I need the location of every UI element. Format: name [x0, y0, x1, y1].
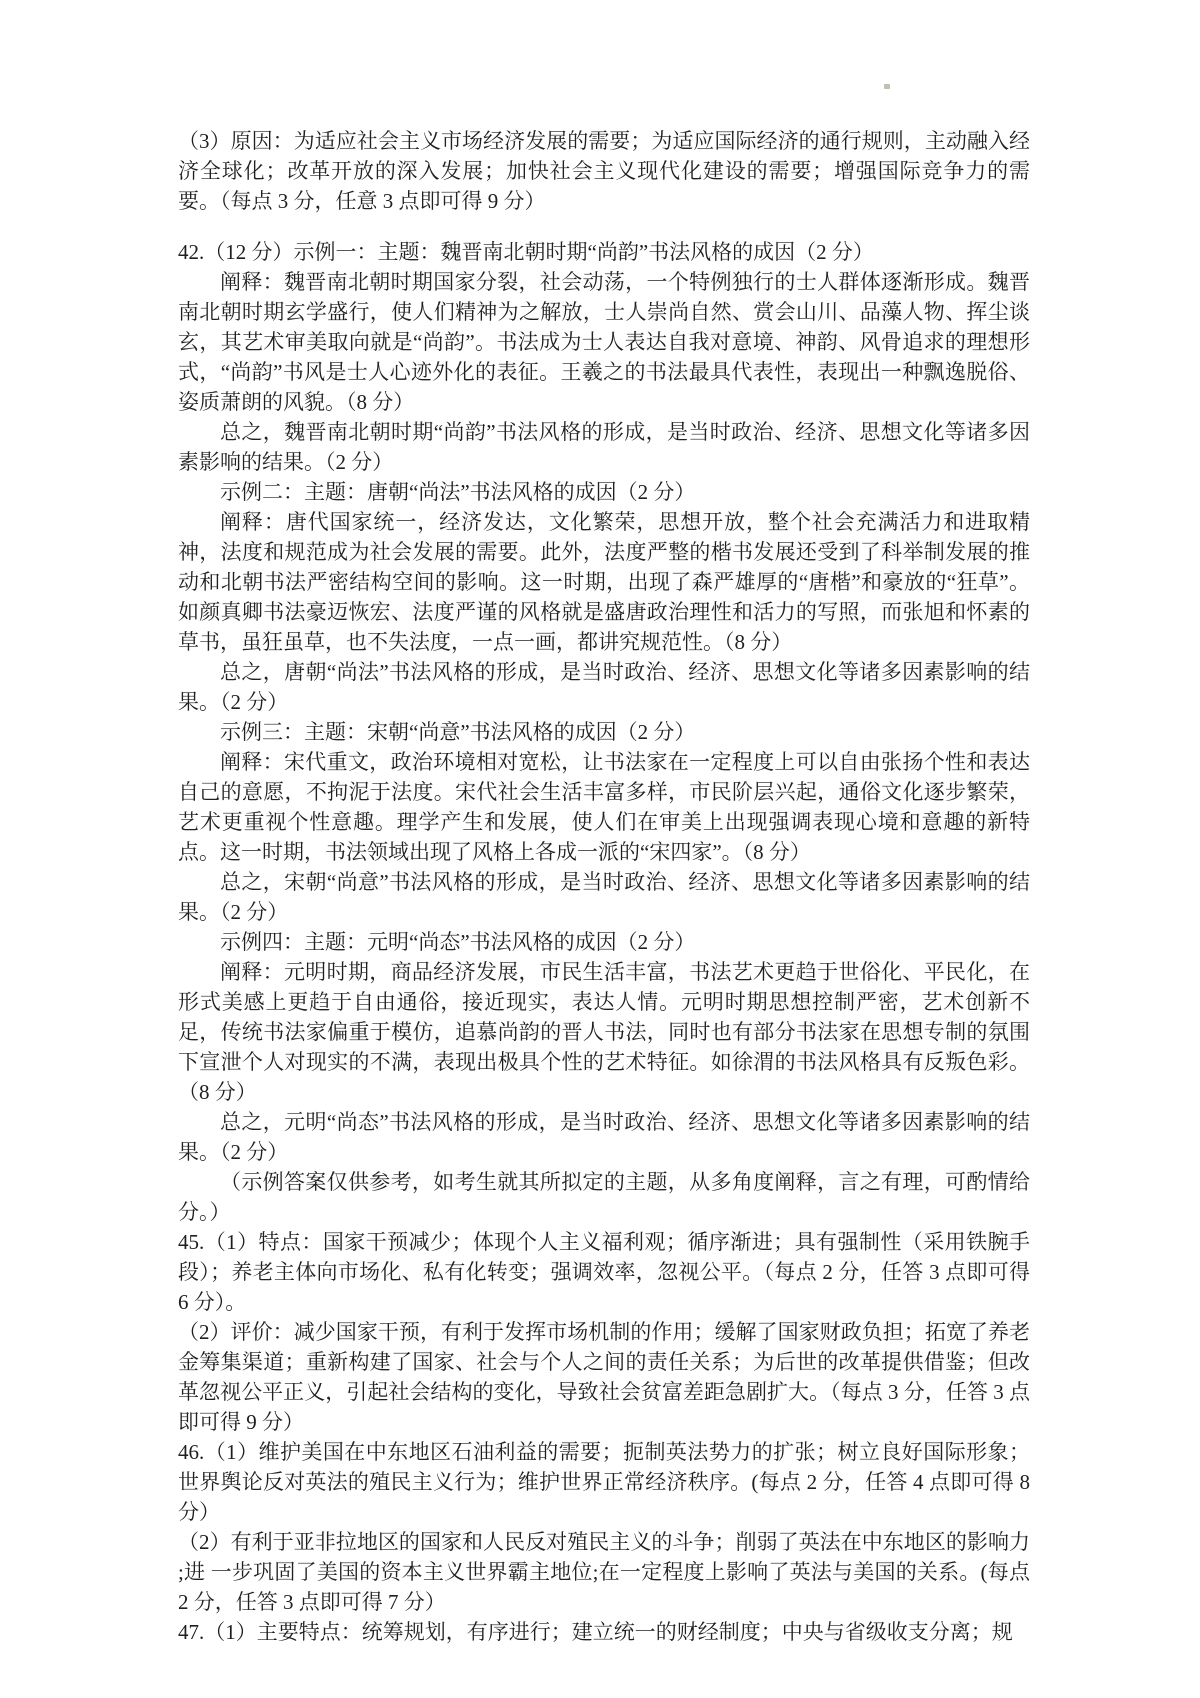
answer-42-example2-explanation: 阐释：唐代国家统一，经济发达，文化繁荣，思想开放，整个社会充满活力和进取精神，法…: [178, 507, 1030, 657]
answer-46-2-impacts: （2）有利于亚非拉地区的国家和人民反对殖民主义的斗争；削弱了英法在中东地区的影响…: [178, 1527, 1030, 1617]
answer-42-example1-title: 42.（12 分）示例一：主题：魏晋南北朝时期“尚韵”书法风格的成因（2 分）: [178, 237, 1030, 267]
answer-42-example3-conclusion: 总之，宋朝“尚意”书法风格的形成，是当时政治、经济、思想文化等诸多因素影响的结果…: [178, 867, 1030, 927]
answer-47-1-features: 47.（1）主要特点：统筹规划，有序进行；建立统一的财经制度；中央与省级收支分离…: [178, 1617, 1030, 1647]
answer-42-example3-explanation: 阐释：宋代重文，政治环境相对宽松，让书法家在一定程度上可以自由张扬个性和表达自己…: [178, 747, 1030, 867]
answer-42-example4-conclusion: 总之，元明“尚态”书法风格的形成，是当时政治、经济、思想文化等诸多因素影响的结果…: [178, 1107, 1030, 1167]
answer-42-example1-conclusion: 总之，魏晋南北朝时期“尚韵”书法风格的形成，是当时政治、经济、思想文化等诸多因素…: [178, 417, 1030, 477]
answer-45-1-features: 45.（1）特点：国家干预减少；体现个人主义福利观；循序渐进；具有强制性（采用铁…: [178, 1227, 1030, 1317]
answer-text-block: （3）原因：为适应社会主义市场经济发展的需要；为适应国际经济的通行规则，主动融入…: [178, 126, 1030, 1647]
scan-artifact-dot: [884, 84, 890, 89]
answer-42-example2-conclusion: 总之，唐朝“尚法”书法风格的形成，是当时政治、经济、思想文化等诸多因素影响的结果…: [178, 657, 1030, 717]
answer-42-example4-explanation: 阐释：元明时期，商品经济发展，市民生活丰富，书法艺术更趋于世俗化、平民化，在形式…: [178, 957, 1030, 1107]
answer-42-example2-title: 示例二：主题：唐朝“尚法”书法风格的成因（2 分）: [178, 477, 1030, 507]
answer-42-example3-title: 示例三：主题：宋朝“尚意”书法风格的成因（2 分）: [178, 717, 1030, 747]
answer-point3-reason: （3）原因：为适应社会主义市场经济发展的需要；为适应国际经济的通行规则，主动融入…: [178, 126, 1030, 216]
answer-45-2-evaluation: （2）评价：减少国家干预，有利于发挥市场机制的作用；缓解了国家财政负担；拓宽了养…: [178, 1317, 1030, 1437]
answer-sheet-page: （3）原因：为适应社会主义市场经济发展的需要；为适应国际经济的通行规则，主动融入…: [0, 0, 1200, 1698]
answer-42-example4-title: 示例四：主题：元明“尚态”书法风格的成因（2 分）: [178, 927, 1030, 957]
answer-42-example1-explanation: 阐释：魏晋南北朝时期国家分裂，社会动荡，一个特例独行的士人群体逐渐形成。魏晋南北…: [178, 267, 1030, 417]
answer-42-grading-note: （示例答案仅供参考，如考生就其所拟定的主题，从多角度阐释，言之有理，可酌情给分。…: [178, 1167, 1030, 1227]
answer-46-1-reasons: 46.（1）维护美国在中东地区石油利益的需要；扼制英法势力的扩张；树立良好国际形…: [178, 1437, 1030, 1527]
